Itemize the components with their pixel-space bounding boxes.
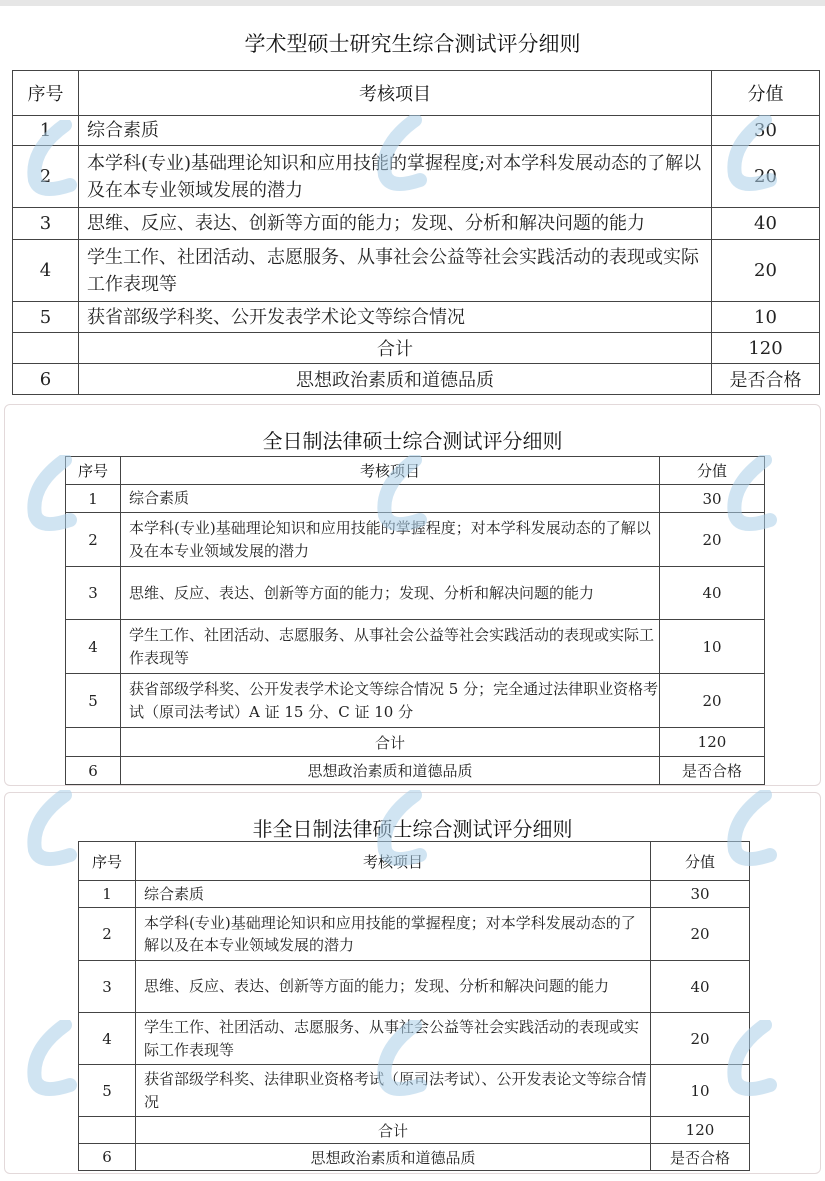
row-score: 是否合格 (660, 757, 765, 785)
table-header-row: 序号 考核项目 分值 (66, 457, 765, 485)
table-row: 4 学生工作、社团活动、志愿服务、从事社会公益等社会实践活动的表现或实际工作表现… (79, 1013, 750, 1065)
row-score: 40 (660, 567, 765, 620)
row-no: 6 (79, 1144, 136, 1171)
row-item: 学生工作、社团活动、志愿服务、从事社会公益等社会实践活动的表现或实际工作表现等 (79, 240, 712, 302)
total-row: 合计 120 (66, 728, 765, 757)
row-item: 思想政治素质和道德品质 (136, 1144, 651, 1171)
row-score: 20 (712, 146, 820, 208)
row-no: 5 (79, 1065, 136, 1117)
row-score: 10 (712, 302, 820, 333)
row-item: 思维、反应、表达、创新等方面的能力；发现、分析和解决问题的能力 (121, 567, 660, 620)
row-score: 30 (660, 485, 765, 513)
row-score: 20 (660, 674, 765, 728)
row-item: 学生工作、社团活动、志愿服务、从事社会公益等社会实践活动的表现或实际工作表现等 (121, 620, 660, 674)
row-score: 20 (651, 1013, 750, 1065)
row-no: 3 (66, 567, 121, 620)
table-row: 5 获省部级学科奖、法律职业资格考试（原司法考试）、公开发表论文等综合情况 10 (79, 1065, 750, 1117)
header-score: 分值 (651, 842, 750, 881)
row-score: 10 (660, 620, 765, 674)
row-score: 10 (651, 1065, 750, 1117)
row-no: 6 (66, 757, 121, 785)
total-row: 合计 120 (13, 333, 820, 364)
academic-master-panel: 学术型硕士研究生综合测试评分细则 序号 考核项目 分值 1 综合素质 30 2 … (0, 6, 825, 388)
row-item: 本学科(专业)基础理论知识和应用技能的掌握程度；对本学科发展动态的了解以及在本专… (121, 513, 660, 567)
table-row: 3 思维、反应、表达、创新等方面的能力；发现、分析和解决问题的能力 40 (79, 961, 750, 1013)
table-row: 6 思想政治素质和道德品质 是否合格 (66, 757, 765, 785)
row-item: 学生工作、社团活动、志愿服务、从事社会公益等社会实践活动的表现或实际工作表现等 (136, 1013, 651, 1065)
row-item: 综合素质 (121, 485, 660, 513)
row-score: 30 (712, 116, 820, 146)
scoring-table: 序号 考核项目 分值 1 综合素质 30 2 本学科(专业)基础理论知识和应用技… (12, 70, 820, 395)
table-row: 1 综合素质 30 (66, 485, 765, 513)
total-label: 合计 (79, 333, 712, 364)
row-no: 1 (79, 881, 136, 908)
row-item: 思想政治素质和道德品质 (79, 364, 712, 395)
row-item: 思维、反应、表达、创新等方面的能力；发现、分析和解决问题的能力 (136, 961, 651, 1013)
row-score: 20 (712, 240, 820, 302)
table-row: 5 获省部级学科奖、公开发表学术论文等综合情况 5 分；完全通过法律职业资格考试… (66, 674, 765, 728)
table-row: 2 本学科(专业)基础理论知识和应用技能的掌握程度；对本学科发展动态的了解以及在… (66, 513, 765, 567)
row-item: 获省部级学科奖、法律职业资格考试（原司法考试）、公开发表论文等综合情况 (136, 1065, 651, 1117)
row-score: 40 (651, 961, 750, 1013)
row-item: 综合素质 (79, 116, 712, 146)
total-row: 合计 120 (79, 1117, 750, 1144)
row-no: 4 (79, 1013, 136, 1065)
row-item: 获省部级学科奖、公开发表学术论文等综合情况 5 分；完全通过法律职业资格考试（原… (121, 674, 660, 728)
table-row: 3 思维、反应、表达、创新等方面的能力；发现、分析和解决问题的能力 40 (66, 567, 765, 620)
header-score: 分值 (660, 457, 765, 485)
table-row: 3 思维、反应、表达、创新等方面的能力；发现、分析和解决问题的能力 40 (13, 208, 820, 240)
table-row: 1 综合素质 30 (13, 116, 820, 146)
total-score: 120 (712, 333, 820, 364)
row-no: 2 (13, 146, 79, 208)
table-row: 4 学生工作、社团活动、志愿服务、从事社会公益等社会实践活动的表现或实际工作表现… (66, 620, 765, 674)
table-header-row: 序号 考核项目 分值 (79, 842, 750, 881)
table-row: 1 综合素质 30 (79, 881, 750, 908)
header-item: 考核项目 (136, 842, 651, 881)
total-label: 合计 (121, 728, 660, 757)
table-row: 4 学生工作、社团活动、志愿服务、从事社会公益等社会实践活动的表现或实际工作表现… (13, 240, 820, 302)
table-row: 6 思想政治素质和道德品质 是否合格 (13, 364, 820, 395)
row-item: 本学科(专业)基础理论知识和应用技能的掌握程度;对本学科发展动态的了解以及在本专… (79, 146, 712, 208)
row-item: 获省部级学科奖、公开发表学术论文等综合情况 (79, 302, 712, 333)
row-score: 40 (712, 208, 820, 240)
row-no: 4 (13, 240, 79, 302)
total-label: 合计 (136, 1117, 651, 1144)
row-item: 思维、反应、表达、创新等方面的能力；发现、分析和解决问题的能力 (79, 208, 712, 240)
row-no: 2 (79, 908, 136, 961)
table-title: 全日制法律硕士综合测试评分细则 (5, 425, 820, 454)
row-no: 5 (66, 674, 121, 728)
row-no: 3 (13, 208, 79, 240)
header-no: 序号 (13, 71, 79, 116)
table-title: 学术型硕士研究生综合测试评分细则 (0, 28, 825, 58)
total-score: 120 (660, 728, 765, 757)
total-score: 120 (651, 1117, 750, 1144)
scoring-table: 序号 考核项目 分值 1 综合素质 30 2 本学科(专业)基础理论知识和应用技… (65, 456, 765, 785)
row-no: 1 (13, 116, 79, 146)
header-item: 考核项目 (121, 457, 660, 485)
table-header-row: 序号 考核项目 分值 (13, 71, 820, 116)
row-item: 综合素质 (136, 881, 651, 908)
row-no: 5 (13, 302, 79, 333)
row-item: 思想政治素质和道德品质 (121, 757, 660, 785)
scoring-table: 序号 考核项目 分值 1 综合素质 30 2 本学科(专业)基础理论知识和应用技… (78, 841, 750, 1171)
row-no: 3 (79, 961, 136, 1013)
header-no: 序号 (66, 457, 121, 485)
table-row: 6 思想政治素质和道德品质 是否合格 (79, 1144, 750, 1171)
row-score: 是否合格 (712, 364, 820, 395)
row-score: 是否合格 (651, 1144, 750, 1171)
header-no: 序号 (79, 842, 136, 881)
header-score: 分值 (712, 71, 820, 116)
fulltime-law-master-panel: 全日制法律硕士综合测试评分细则 序号 考核项目 分值 1 综合素质 30 2 本… (4, 404, 821, 786)
row-item: 本学科(专业)基础理论知识和应用技能的掌握程度；对本学科发展动态的了解以及在本专… (136, 908, 651, 961)
header-item: 考核项目 (79, 71, 712, 116)
row-score: 30 (651, 881, 750, 908)
row-no: 1 (66, 485, 121, 513)
table-title: 非全日制法律硕士综合测试评分细则 (5, 813, 820, 842)
table-row: 2 本学科(专业)基础理论知识和应用技能的掌握程度;对本学科发展动态的了解以及在… (13, 146, 820, 208)
table-row: 2 本学科(专业)基础理论知识和应用技能的掌握程度；对本学科发展动态的了解以及在… (79, 908, 750, 961)
table-row: 5 获省部级学科奖、公开发表学术论文等综合情况 10 (13, 302, 820, 333)
parttime-law-master-panel: 非全日制法律硕士综合测试评分细则 序号 考核项目 分值 1 综合素质 30 2 … (4, 792, 821, 1174)
row-score: 20 (651, 908, 750, 961)
row-score: 20 (660, 513, 765, 567)
row-no: 6 (13, 364, 79, 395)
row-no: 4 (66, 620, 121, 674)
row-no: 2 (66, 513, 121, 567)
